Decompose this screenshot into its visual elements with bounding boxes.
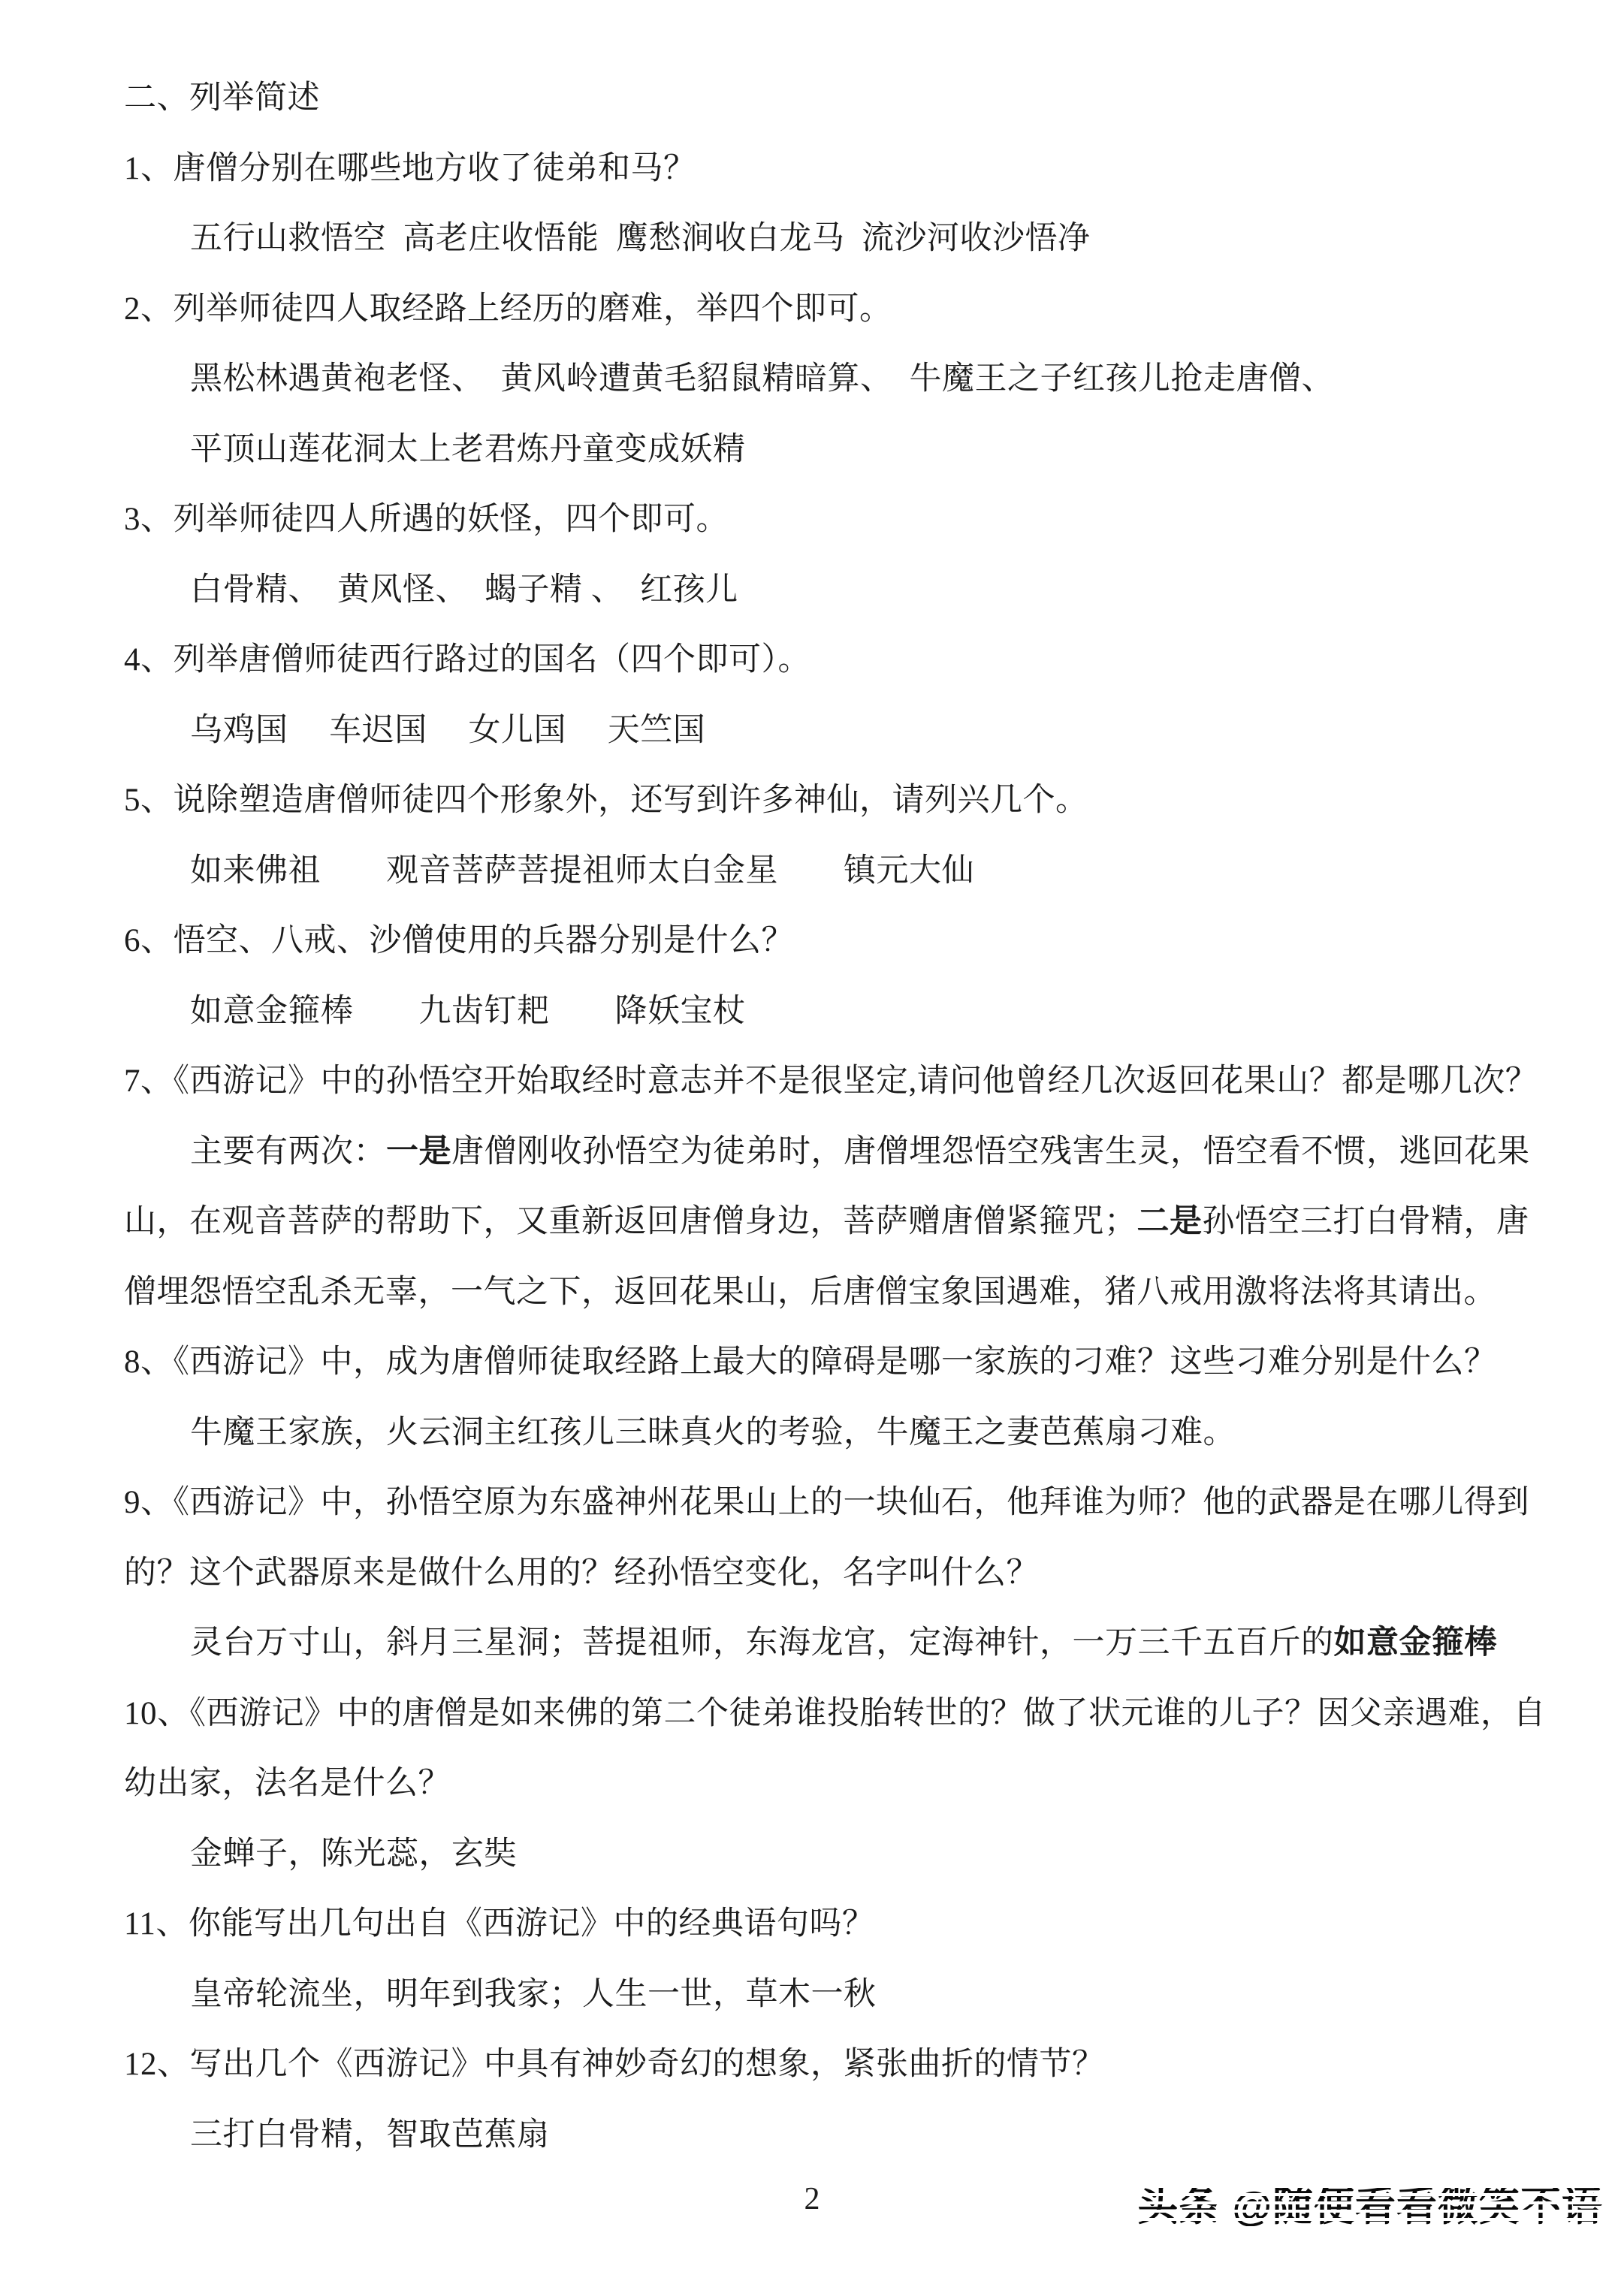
answer-10: 金蝉子，陈光蕊，玄奘 [124, 1819, 1582, 1890]
question-11: 11、你能写出几句出自《西游记》中的经典语句吗？ [124, 1889, 1582, 1960]
bold-text: 一是 [386, 1134, 451, 1169]
text: 如意金箍棒 九齿钉耙 降妖宝杖 [190, 994, 746, 1029]
text: 3、列举师徒四人所遇的妖怪，四个即可。 [124, 502, 729, 537]
question-9-continued: 的？这个武器原来是做什么用的？经孙悟空变化，名字叫什么？ [124, 1538, 1582, 1609]
answer-8: 牛魔王家族，火云洞主红孩儿三昧真火的考验，牛魔王之妻芭蕉扇刁难。 [124, 1398, 1582, 1468]
answer-7-line-2: 山，在观音菩萨的帮助下，又重新返回唐僧身边，菩萨赠唐僧紧箍咒；二是孙悟空三打白骨… [124, 1187, 1582, 1257]
text: 白骨精、 黄风怪、 蝎子精 、 红孩儿 [190, 572, 738, 608]
answer-12: 三打白骨精，智取芭蕉扇 [124, 2100, 1582, 2171]
question-5: 5、说除塑造唐僧师徒四个形象外，还写到许多神仙，请列兴几个。 [124, 765, 1582, 836]
answer-2-line-2: 平顶山莲花洞太上老君炼丹童变成妖精 [124, 415, 1582, 485]
text: 牛魔王家族，火云洞主红孩儿三昧真火的考验，牛魔王之妻芭蕉扇刁难。 [190, 1415, 1236, 1450]
bold-text: 如意金箍棒 [1334, 1625, 1498, 1661]
text: 乌鸡国 车迟国 女儿国 天竺国 [190, 713, 705, 748]
watermark: 头条 @随便看看微笑不语 [1137, 2180, 1603, 2234]
answer-3: 白骨精、 黄风怪、 蝎子精 、 红孩儿 [124, 555, 1582, 626]
text: 如来佛祖 观音菩萨菩提祖师太白金星 镇元大仙 [190, 853, 974, 889]
text: 11、你能写出几句出自《西游记》中的经典语句吗？ [124, 1906, 874, 1942]
question-8: 8、《西游记》中，成为唐僧师徒取经路上最大的障碍是哪一家族的刁难？这些刁难分别是… [124, 1327, 1582, 1398]
text: 三打白骨精，智取芭蕉扇 [190, 2117, 550, 2153]
text: 皇帝轮流坐，明年到我家；人生一世，草木一秋 [190, 1977, 877, 2012]
text: 唐僧刚收孙悟空为徒弟时，唐僧埋怨悟空残害生灵，悟空看不惯，逃回花果 [451, 1134, 1530, 1169]
text: 10、《西游记》中的唐僧是如来佛的第二个徒弟谁投胎转世的？做了状元谁的儿子？因父… [124, 1696, 1546, 1731]
question-1: 1、唐僧分别在哪些地方收了徒弟和马？ [124, 134, 1582, 204]
text: 7、《西游记》中的孙悟空开始取经时意志并不是很坚定,请问他曾经几次返回花果山？都… [124, 1064, 1538, 1099]
text: 二、列举简述 [124, 80, 320, 116]
question-10: 10、《西游记》中的唐僧是如来佛的第二个徒弟谁投胎转世的？做了状元谁的儿子？因父… [124, 1679, 1582, 1749]
answer-2-line-1: 黑松林遇黄袍老怪、 黄风岭遭黄毛貂鼠精暗算、 牛魔王之子红孩儿抢走唐僧、 [124, 344, 1582, 415]
text: 僧埋怨悟空乱杀无辜，一气之下，返回花果山，后唐僧宝象国遇难，猪八戒用激将法将其请… [124, 1275, 1496, 1310]
question-7: 7、《西游记》中的孙悟空开始取经时意志并不是很坚定,请问他曾经几次返回花果山？都… [124, 1046, 1582, 1117]
question-4: 4、列举唐僧师徒西行路过的国名（四个即可）。 [124, 625, 1582, 695]
text: 平顶山莲花洞太上老君炼丹童变成妖精 [190, 432, 746, 467]
answer-7-line-3: 僧埋怨悟空乱杀无辜，一气之下，返回花果山，后唐僧宝象国遇难，猪八戒用激将法将其请… [124, 1257, 1582, 1328]
text: 主要有两次： [190, 1134, 386, 1169]
question-3: 3、列举师徒四人所遇的妖怪，四个即可。 [124, 484, 1582, 555]
question-2: 2、列举师徒四人取经路上经历的磨难，举四个即可。 [124, 274, 1582, 345]
text: 5、说除塑造唐僧师徒四个形象外，还写到许多神仙，请列兴几个。 [124, 783, 1088, 818]
answer-1: 五行山救悟空 高老庄收悟能 鹰愁涧收白龙马 流沙河收沙悟净 [124, 204, 1582, 274]
document-body: 二、列举简述1、唐僧分别在哪些地方收了徒弟和马？五行山救悟空 高老庄收悟能 鹰愁… [0, 0, 1624, 2170]
text: 9、《西游记》中，孙悟空原为东盛神州花果山上的一块仙石，他拜谁为师？他的武器是在… [124, 1485, 1529, 1520]
answer-7-line-1: 主要有两次：一是唐僧刚收孙悟空为徒弟时，唐僧埋怨悟空残害生灵，悟空看不惯，逃回花… [124, 1117, 1582, 1187]
question-6: 6、悟空、八戒、沙僧使用的兵器分别是什么？ [124, 906, 1582, 976]
text: 山，在观音菩萨的帮助下，又重新返回唐僧身边，菩萨赠唐僧紧箍咒； [124, 1204, 1137, 1239]
question-10-continued: 幼出家，法名是什么？ [124, 1749, 1582, 1819]
question-9: 9、《西游记》中，孙悟空原为东盛神州花果山上的一块仙石，他拜谁为师？他的武器是在… [124, 1468, 1582, 1538]
text: 五行山救悟空 高老庄收悟能 鹰愁涧收白龙马 流沙河收沙悟净 [190, 221, 1091, 256]
document-page: { "page": { "number": "2", "watermark": … [0, 0, 1624, 2272]
text: 2、列举师徒四人取经路上经历的磨难，举四个即可。 [124, 291, 892, 327]
answer-6: 如意金箍棒 九齿钉耙 降妖宝杖 [124, 976, 1582, 1047]
bold-text: 二是 [1137, 1204, 1203, 1239]
section-heading: 二、列举简述 [124, 63, 1582, 134]
answer-9: 灵台万寸山，斜月三星洞；菩提祖师，东海龙宫，定海神针，一万三千五百斤的如意金箍棒 [124, 1608, 1582, 1679]
text: 灵台万寸山，斜月三星洞；菩提祖师，东海龙宫，定海神针，一万三千五百斤的 [190, 1625, 1334, 1661]
text: 8、《西游记》中，成为唐僧师徒取经路上最大的障碍是哪一家族的刁难？这些刁难分别是… [124, 1344, 1497, 1380]
text: 孙悟空三打白骨精，唐 [1203, 1204, 1529, 1239]
answer-11: 皇帝轮流坐，明年到我家；人生一世，草木一秋 [124, 1960, 1582, 2030]
text: 12、写出几个《西游记》中具有神妙奇幻的想象，紧张曲折的情节？ [124, 2047, 1105, 2082]
text: 6、悟空、八戒、沙僧使用的兵器分别是什么？ [124, 923, 794, 958]
text: 金蝉子，陈光蕊，玄奘 [190, 1836, 517, 1872]
text: 幼出家，法名是什么？ [124, 1766, 451, 1801]
answer-5: 如来佛祖 观音菩萨菩提祖师太白金星 镇元大仙 [124, 836, 1582, 907]
text: 黑松林遇黄袍老怪、 黄风岭遭黄毛貂鼠精暗算、 牛魔王之子红孩儿抢走唐僧、 [190, 361, 1334, 397]
text: 的？这个武器原来是做什么用的？经孙悟空变化，名字叫什么？ [124, 1555, 1039, 1591]
answer-4: 乌鸡国 车迟国 女儿国 天竺国 [124, 695, 1582, 766]
text: 1、唐僧分别在哪些地方收了徒弟和马？ [124, 151, 696, 186]
question-12: 12、写出几个《西游记》中具有神妙奇幻的想象，紧张曲折的情节？ [124, 2029, 1582, 2100]
text: 4、列举唐僧师徒西行路过的国名（四个即可）。 [124, 642, 810, 677]
